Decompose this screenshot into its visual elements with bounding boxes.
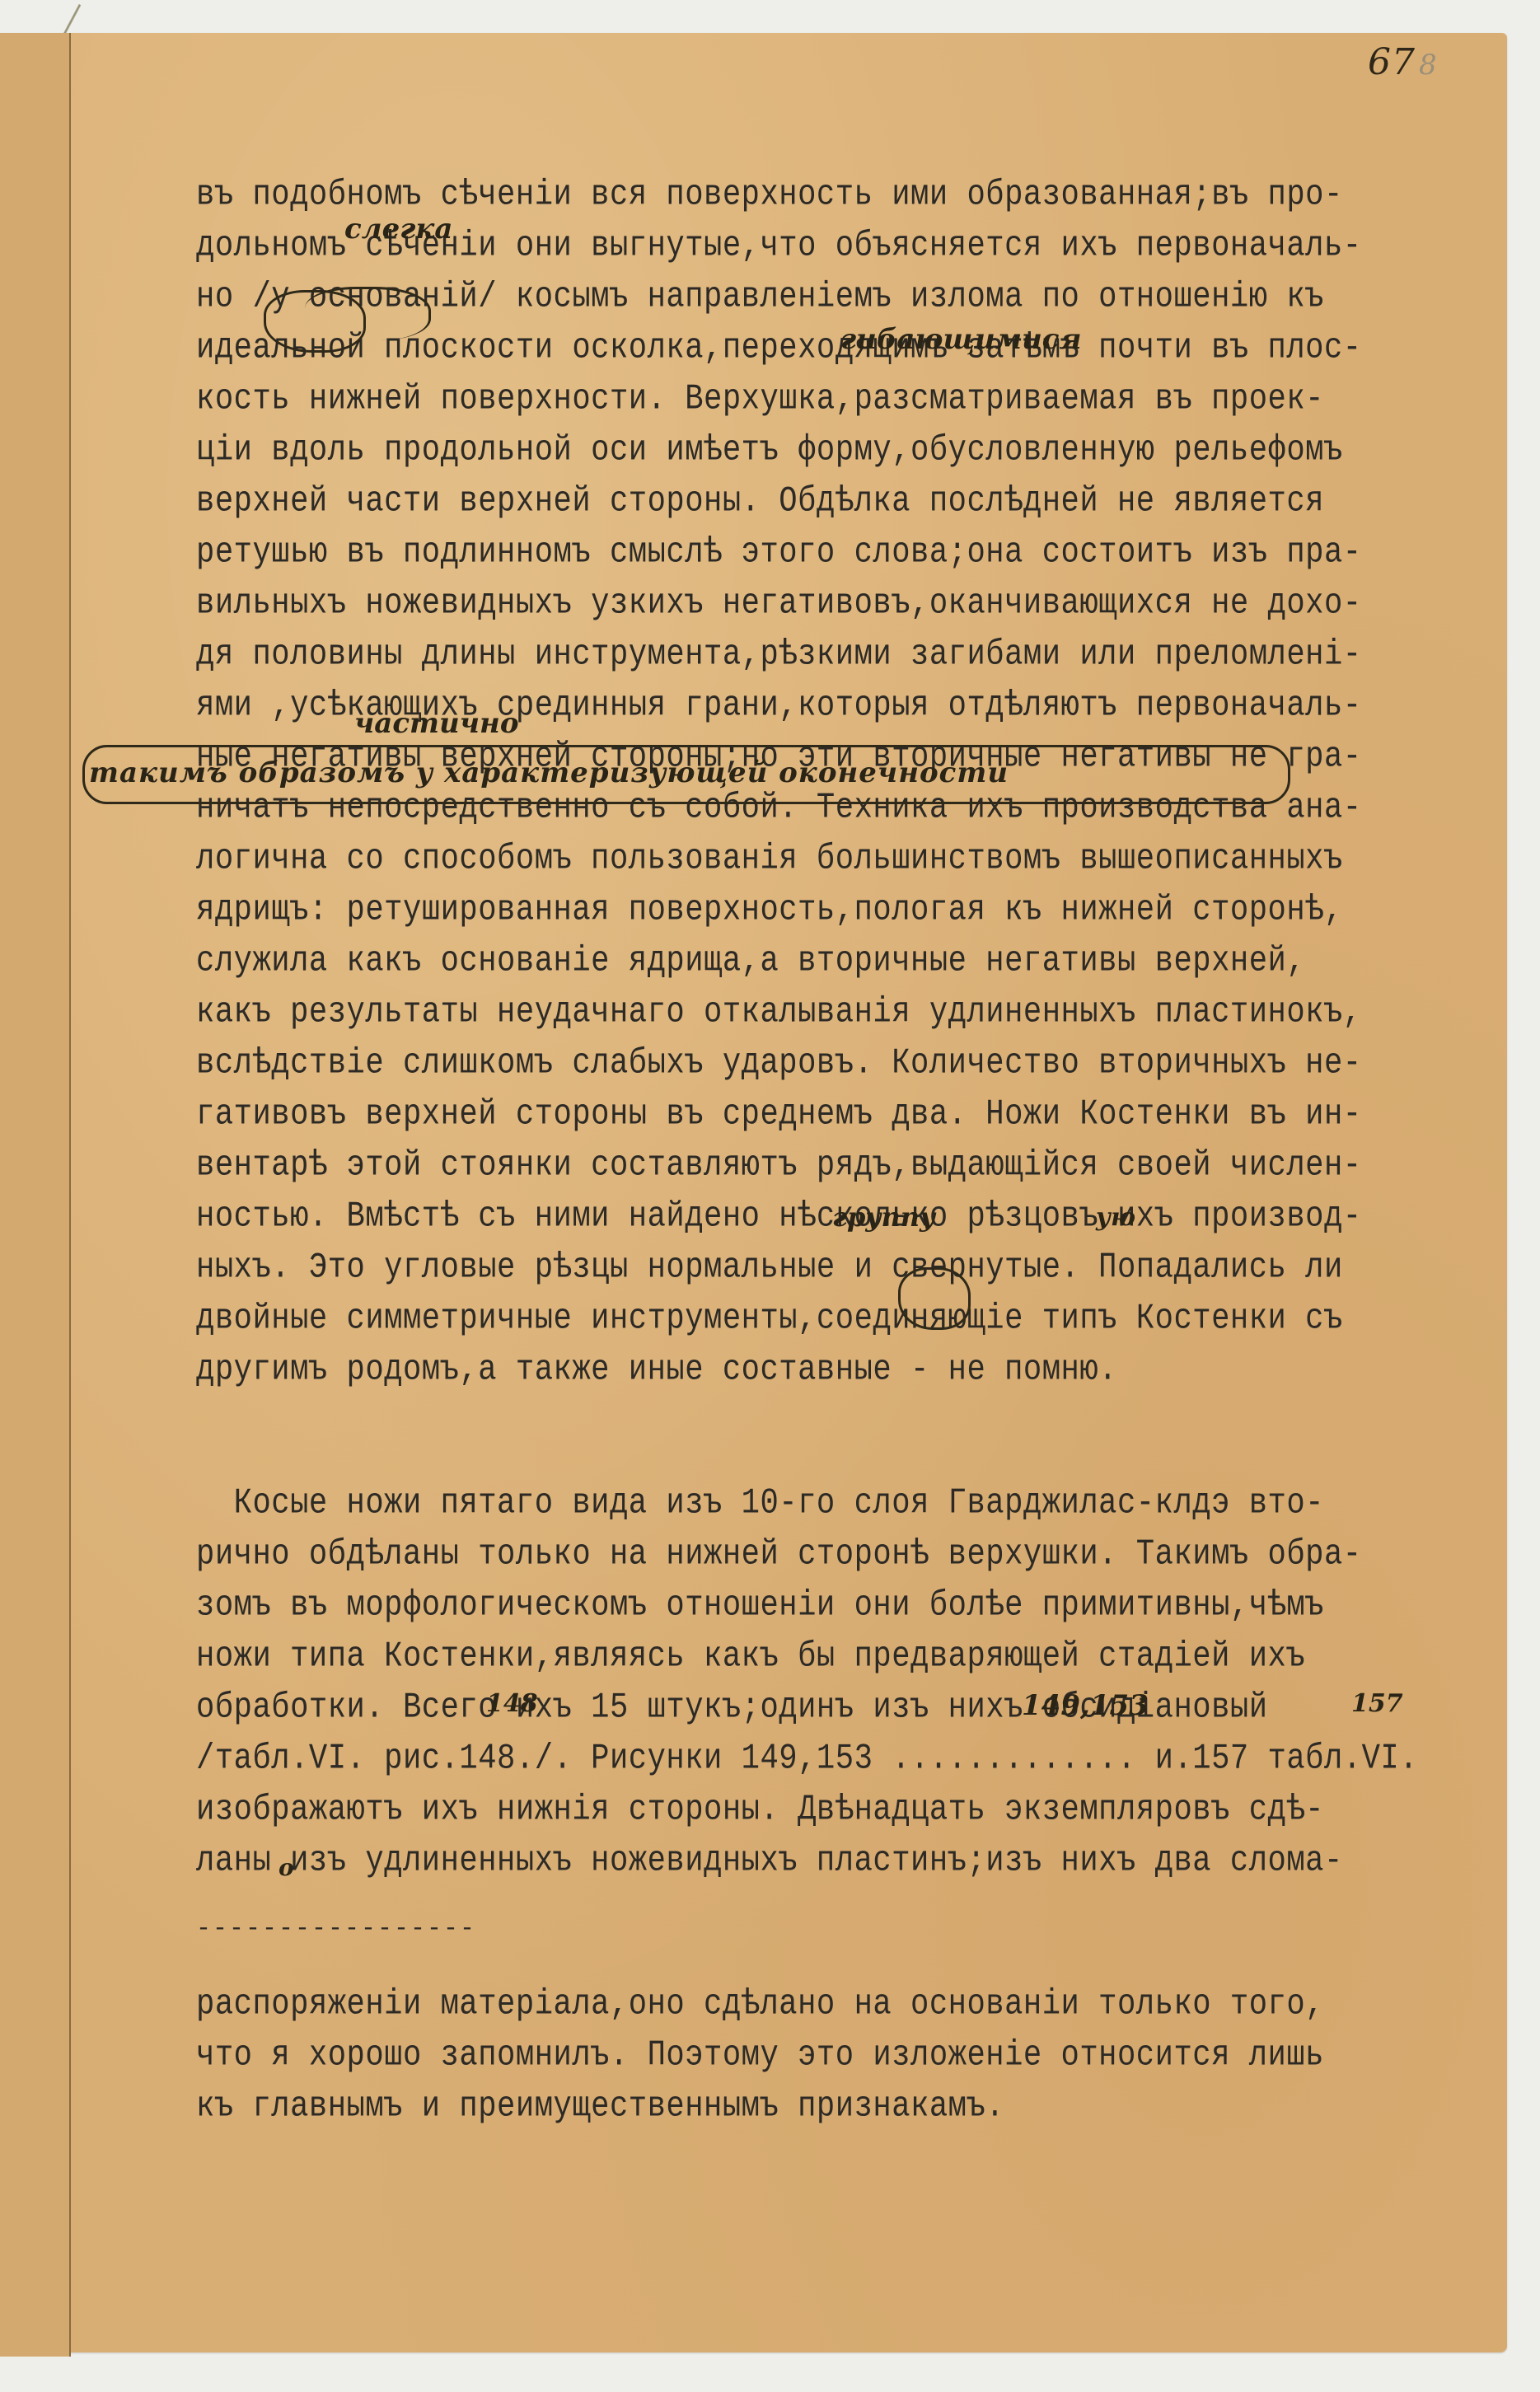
text-line: другимъ родомъ,а также иные составные - … bbox=[196, 1346, 1117, 1395]
annotation-slegka: слегка bbox=[344, 213, 452, 246]
text-line: какъ результаты неудачнаго откалыванія у… bbox=[196, 989, 1362, 1037]
binding-fold-strip bbox=[0, 33, 71, 2357]
text-line: логична со способомъ пользованія большин… bbox=[196, 836, 1343, 884]
text-line: ностью. Вмѣстѣ съ ними найдено нѣсколько… bbox=[196, 1193, 1362, 1242]
text-line: ножи типа Костенки,являясь какъ бы предв… bbox=[196, 1633, 1305, 1682]
page-number-value: 67 bbox=[1368, 41, 1416, 83]
text-line: изображаютъ ихъ нижнія стороны. Двѣнадца… bbox=[196, 1786, 1324, 1835]
annotation-circle-reztsov bbox=[898, 1267, 971, 1330]
text-line: ядрищъ: ретушированная поверхность,полог… bbox=[196, 887, 1343, 935]
binding-string bbox=[63, 4, 81, 35]
footnote-separator: ----------------- bbox=[196, 1915, 476, 1943]
text-line: кость нижней поверхности. Верхушка,разсм… bbox=[196, 376, 1324, 424]
annotation-yu: ую bbox=[1096, 1203, 1135, 1232]
text-line: /табл.VI. рис.148./. Рисунки 149,153 ...… bbox=[196, 1735, 1418, 1784]
text-line: рично обдѣланы только на нижней сторонѣ … bbox=[196, 1531, 1362, 1580]
annotation-circle-margin-note bbox=[82, 745, 1290, 804]
annotation-o: о bbox=[279, 1854, 294, 1881]
text-line: служила какъ основаніе ядрища,а вторичны… bbox=[196, 938, 1305, 986]
text-line: зомъ въ морфологическомъ отношеніи они б… bbox=[196, 1582, 1324, 1631]
annotation-ris-149-153: 149,153 bbox=[1022, 1689, 1149, 1722]
text-line: верхней части верхней стороны. Обдѣлка п… bbox=[196, 478, 1324, 527]
annotation-gruppu: группу bbox=[832, 1201, 935, 1233]
annotation-ris-157: 157 bbox=[1351, 1689, 1403, 1718]
text-line: Косые ножи пятаго вида изъ 10-го слоя Гв… bbox=[196, 1480, 1324, 1528]
footnote-line: къ главнымъ и преимущественнымъ признака… bbox=[196, 2083, 1004, 2132]
page-number: 678 bbox=[1368, 41, 1438, 83]
text-line: вентарѣ этой стоянки составляютъ рядъ,вы… bbox=[196, 1142, 1362, 1191]
text-line: вслѣдствіе слишкомъ слабыхъ ударовъ. Кол… bbox=[196, 1040, 1362, 1088]
footnote-line: что я хорошо запомнилъ. Поэтому это изло… bbox=[196, 2032, 1324, 2081]
footnote-line: распоряженіи матеріала,оно сдѣлано на ос… bbox=[196, 1981, 1324, 2029]
annotation-ris-148: 148 bbox=[486, 1689, 538, 1718]
text-line: гативовъ верхней стороны въ среднемъ два… bbox=[196, 1091, 1362, 1140]
text-line: ланы изъ удлиненныхъ ножевидныхъ пластин… bbox=[196, 1837, 1343, 1886]
annotation-circle-kosym bbox=[305, 287, 431, 340]
text-line: ретушью въ подлинномъ смыслѣ этого слова… bbox=[196, 529, 1362, 578]
text-line: вильныхъ ножевидныхъ узкихъ негативовъ,о… bbox=[196, 580, 1362, 629]
page-number-ghost: 8 bbox=[1419, 49, 1438, 82]
text-line: дя половины длины инструмента,рѣзкими за… bbox=[196, 631, 1362, 680]
text-line: ныхъ. Это угловые рѣзцы нормальные и све… bbox=[196, 1244, 1343, 1293]
annotation-chastichno: частично bbox=[354, 707, 519, 740]
text-line: ціи вдоль продольной оси имѣетъ форму,об… bbox=[196, 427, 1343, 475]
text-line: двойные симметричные инструменты,соединя… bbox=[196, 1295, 1343, 1344]
annotation-govoryashchiysya: гибающимися bbox=[840, 323, 1082, 356]
